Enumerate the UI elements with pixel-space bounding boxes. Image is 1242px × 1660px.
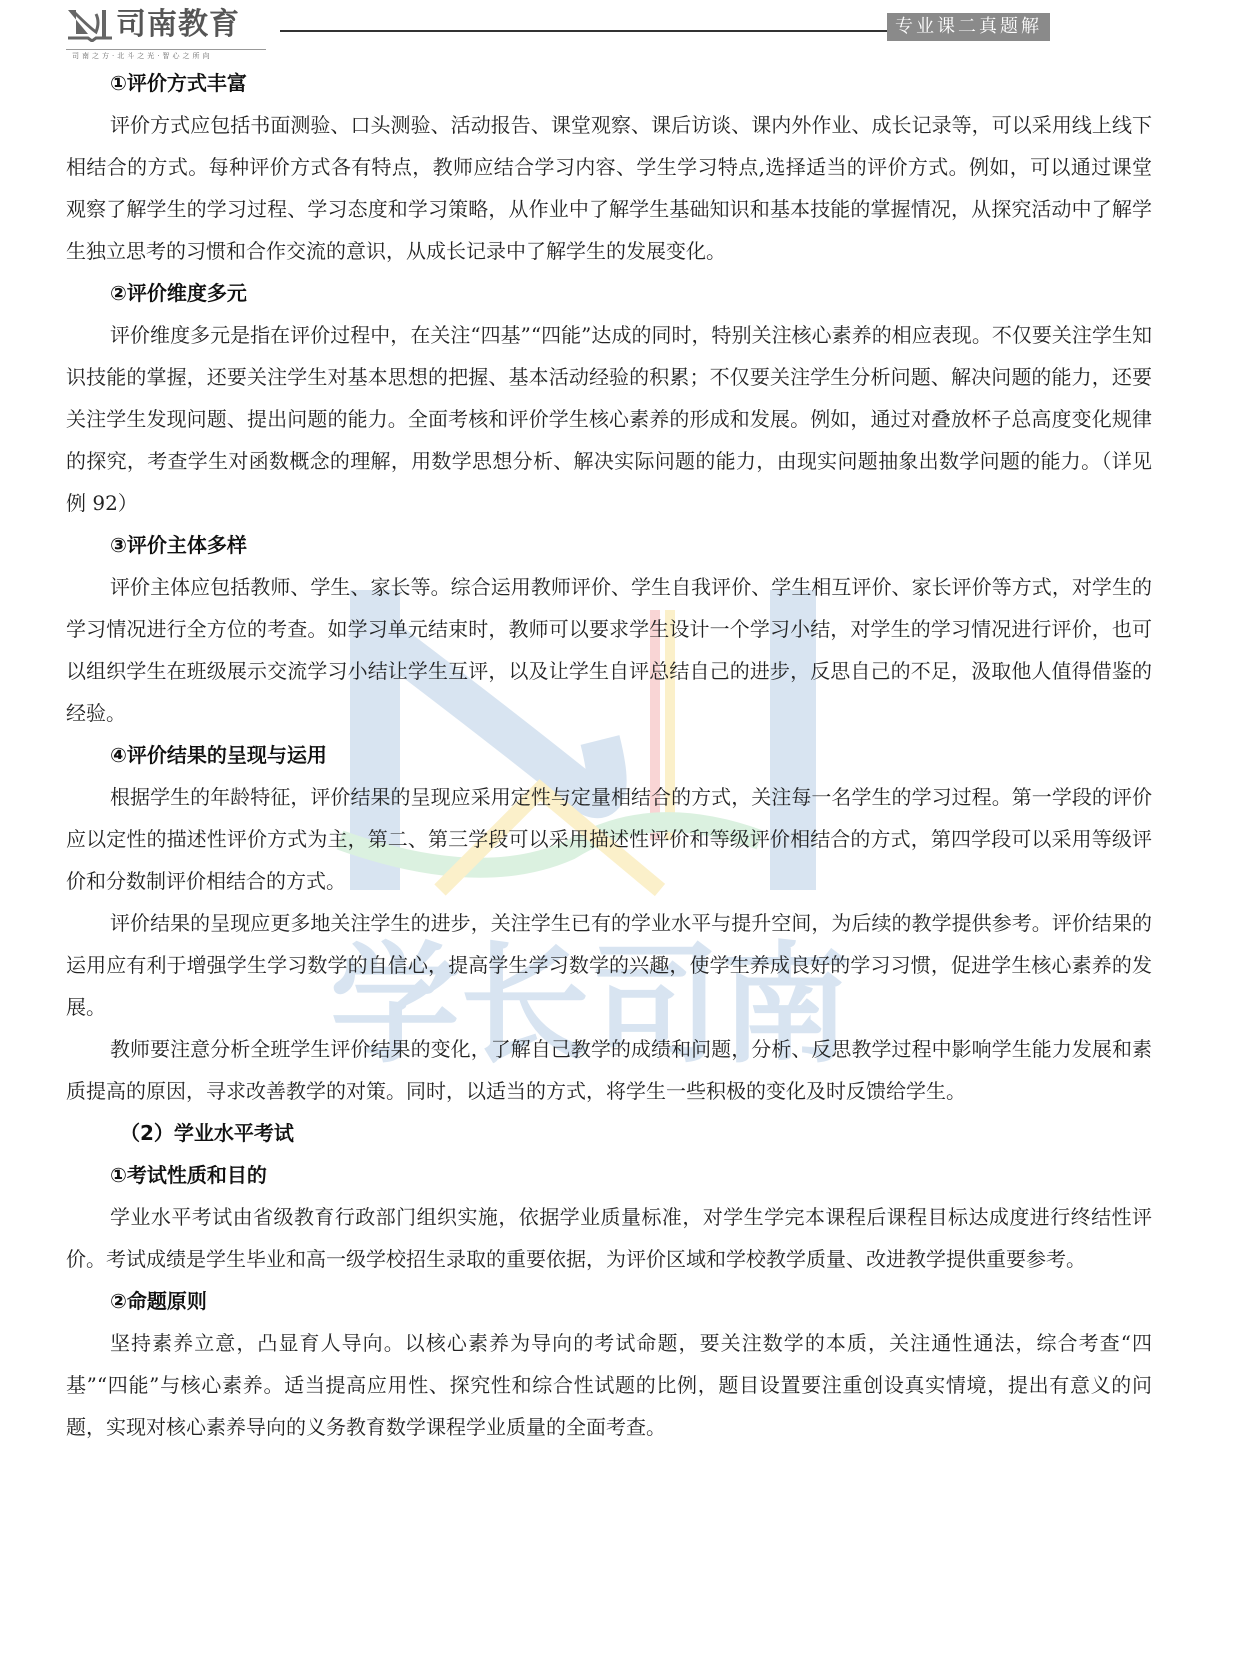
paragraph: 评价方式应包括书面测验、口头测验、活动报告、课堂观察、课后访谈、课内外作业、成长…: [66, 104, 1152, 272]
paragraph: 评价主体应包括教师、学生、家长等。综合运用教师评价、学生自我评价、学生相互评价、…: [66, 566, 1152, 734]
section-heading: ②评价维度多元: [66, 272, 1152, 314]
subsection-heading: （2）学业水平考试: [66, 1112, 1152, 1154]
page-header: 司南教育 司南之方·北斗之光·智心之所向 专业课二真题解析: [0, 0, 1242, 60]
section-heading: ③评价主体多样: [66, 524, 1152, 566]
header-divider: [280, 30, 940, 32]
book-logo-icon: [66, 8, 114, 42]
paragraph: 根据学生的年龄特征，评价结果的呈现应采用定性与定量相结合的方式，关注每一名学生的…: [66, 776, 1152, 902]
section-heading: ①评价方式丰富: [66, 62, 1152, 104]
paragraph: 评价维度多元是指在评价过程中，在关注“四基”“四能”达成的同时，特别关注核心素养…: [66, 314, 1152, 524]
section-heading: ①考试性质和目的: [66, 1154, 1152, 1196]
section-heading: ④评价结果的呈现与运用: [66, 734, 1152, 776]
brand-logo: 司南教育 司南之方·北斗之光·智心之所向: [66, 6, 266, 56]
document-body: ①评价方式丰富 评价方式应包括书面测验、口头测验、活动报告、课堂观察、课后访谈、…: [66, 62, 1152, 1448]
header-tag: 专业课二真题解析: [887, 13, 1050, 41]
logo-slogan: 司南之方·北斗之光·智心之所向: [72, 51, 212, 61]
section-heading: ②命题原则: [66, 1280, 1152, 1322]
paragraph: 坚持素养立意，凸显育人导向。以核心素养为导向的考试命题，要关注数学的本质，关注通…: [66, 1322, 1152, 1448]
logo-divider: [66, 49, 266, 50]
paragraph: 评价结果的呈现应更多地关注学生的进步，关注学生已有的学业水平与提升空间，为后续的…: [66, 902, 1152, 1028]
paragraph: 教师要注意分析全班学生评价结果的变化，了解自己教学的成绩和问题，分析、反思教学过…: [66, 1028, 1152, 1112]
logo-text: 司南教育: [116, 6, 240, 44]
paragraph: 学业水平考试由省级教育行政部门组织实施，依据学业质量标准，对学生学完本课程后课程…: [66, 1196, 1152, 1280]
